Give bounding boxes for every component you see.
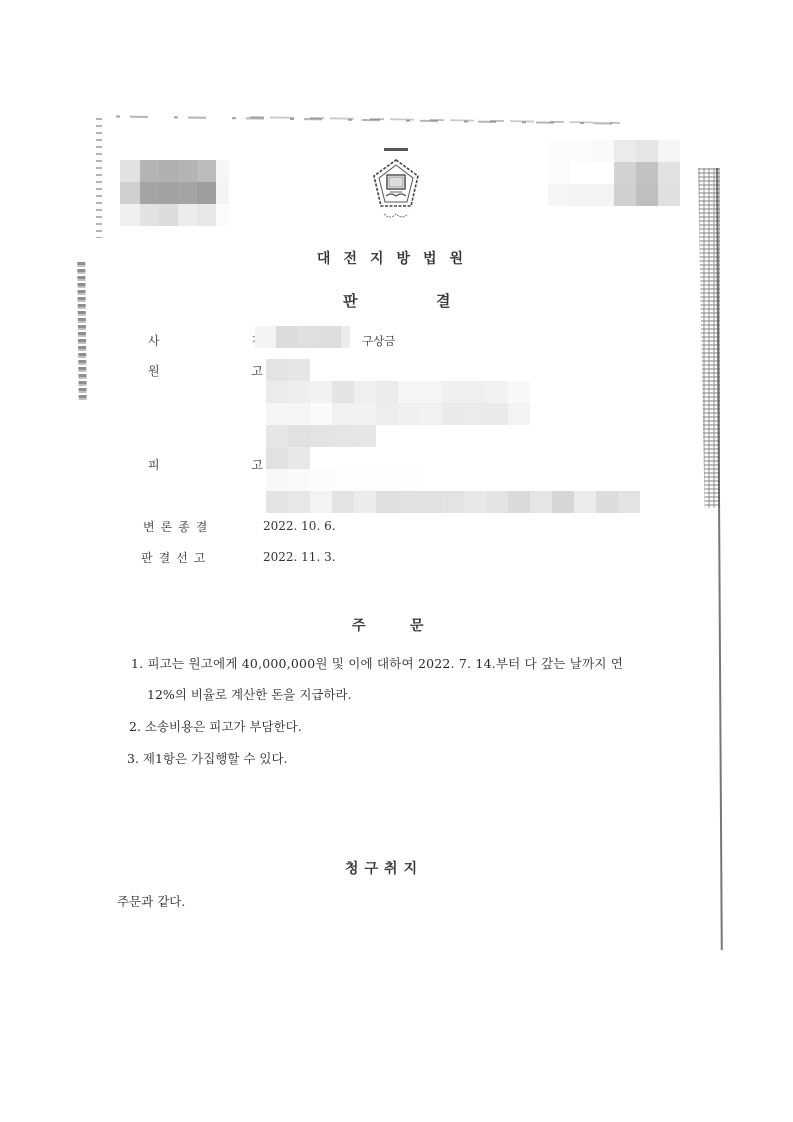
scan-artifact-left — [96, 118, 102, 238]
judgment-date: 2022. 11. 3. — [263, 550, 336, 564]
judgment-label: 판결선고 — [141, 549, 211, 566]
claim-text: 주문과 같다. — [117, 892, 185, 910]
redacted-case-number — [255, 326, 350, 348]
scanned-judgment-page: 대전지방법원 판 결 사 건 구상금 원 고 피 고 변론종결 2022. 10… — [0, 0, 793, 1122]
order-item-1-line-1: 1. 피고는 원고에게 40,000,000원 및 이에 대하여 2022. 7… — [131, 654, 623, 672]
closing-date: 2022. 10. 6. — [263, 519, 336, 533]
claim-title: 청구취지 — [345, 858, 423, 878]
court-name: 대전지방법원 — [0, 248, 793, 268]
doc-title-left: 판 — [343, 290, 358, 311]
redacted-stamp-left — [120, 160, 229, 226]
court-emblem — [366, 148, 426, 228]
redacted-defendant-info — [266, 447, 640, 513]
redacted-stamp-right — [548, 140, 680, 206]
redacted-plaintiff-info — [266, 359, 530, 447]
order-title-right: 문 — [410, 615, 424, 635]
order-item-1-line-2: 12%의 비율로 계산한 돈을 지급하라. — [147, 685, 352, 703]
closing-label: 변론종결 — [143, 518, 213, 535]
scan-artifact-left-2 — [77, 262, 86, 402]
order-item-3: 3. 제1항은 가집행할 수 있다. — [127, 749, 288, 767]
order-title-left: 주 — [352, 615, 366, 635]
case-name: 구상금 — [362, 333, 395, 349]
doc-title-right: 결 — [436, 290, 451, 311]
order-item-2: 2. 소송비용은 피고가 부담한다. — [129, 717, 302, 735]
